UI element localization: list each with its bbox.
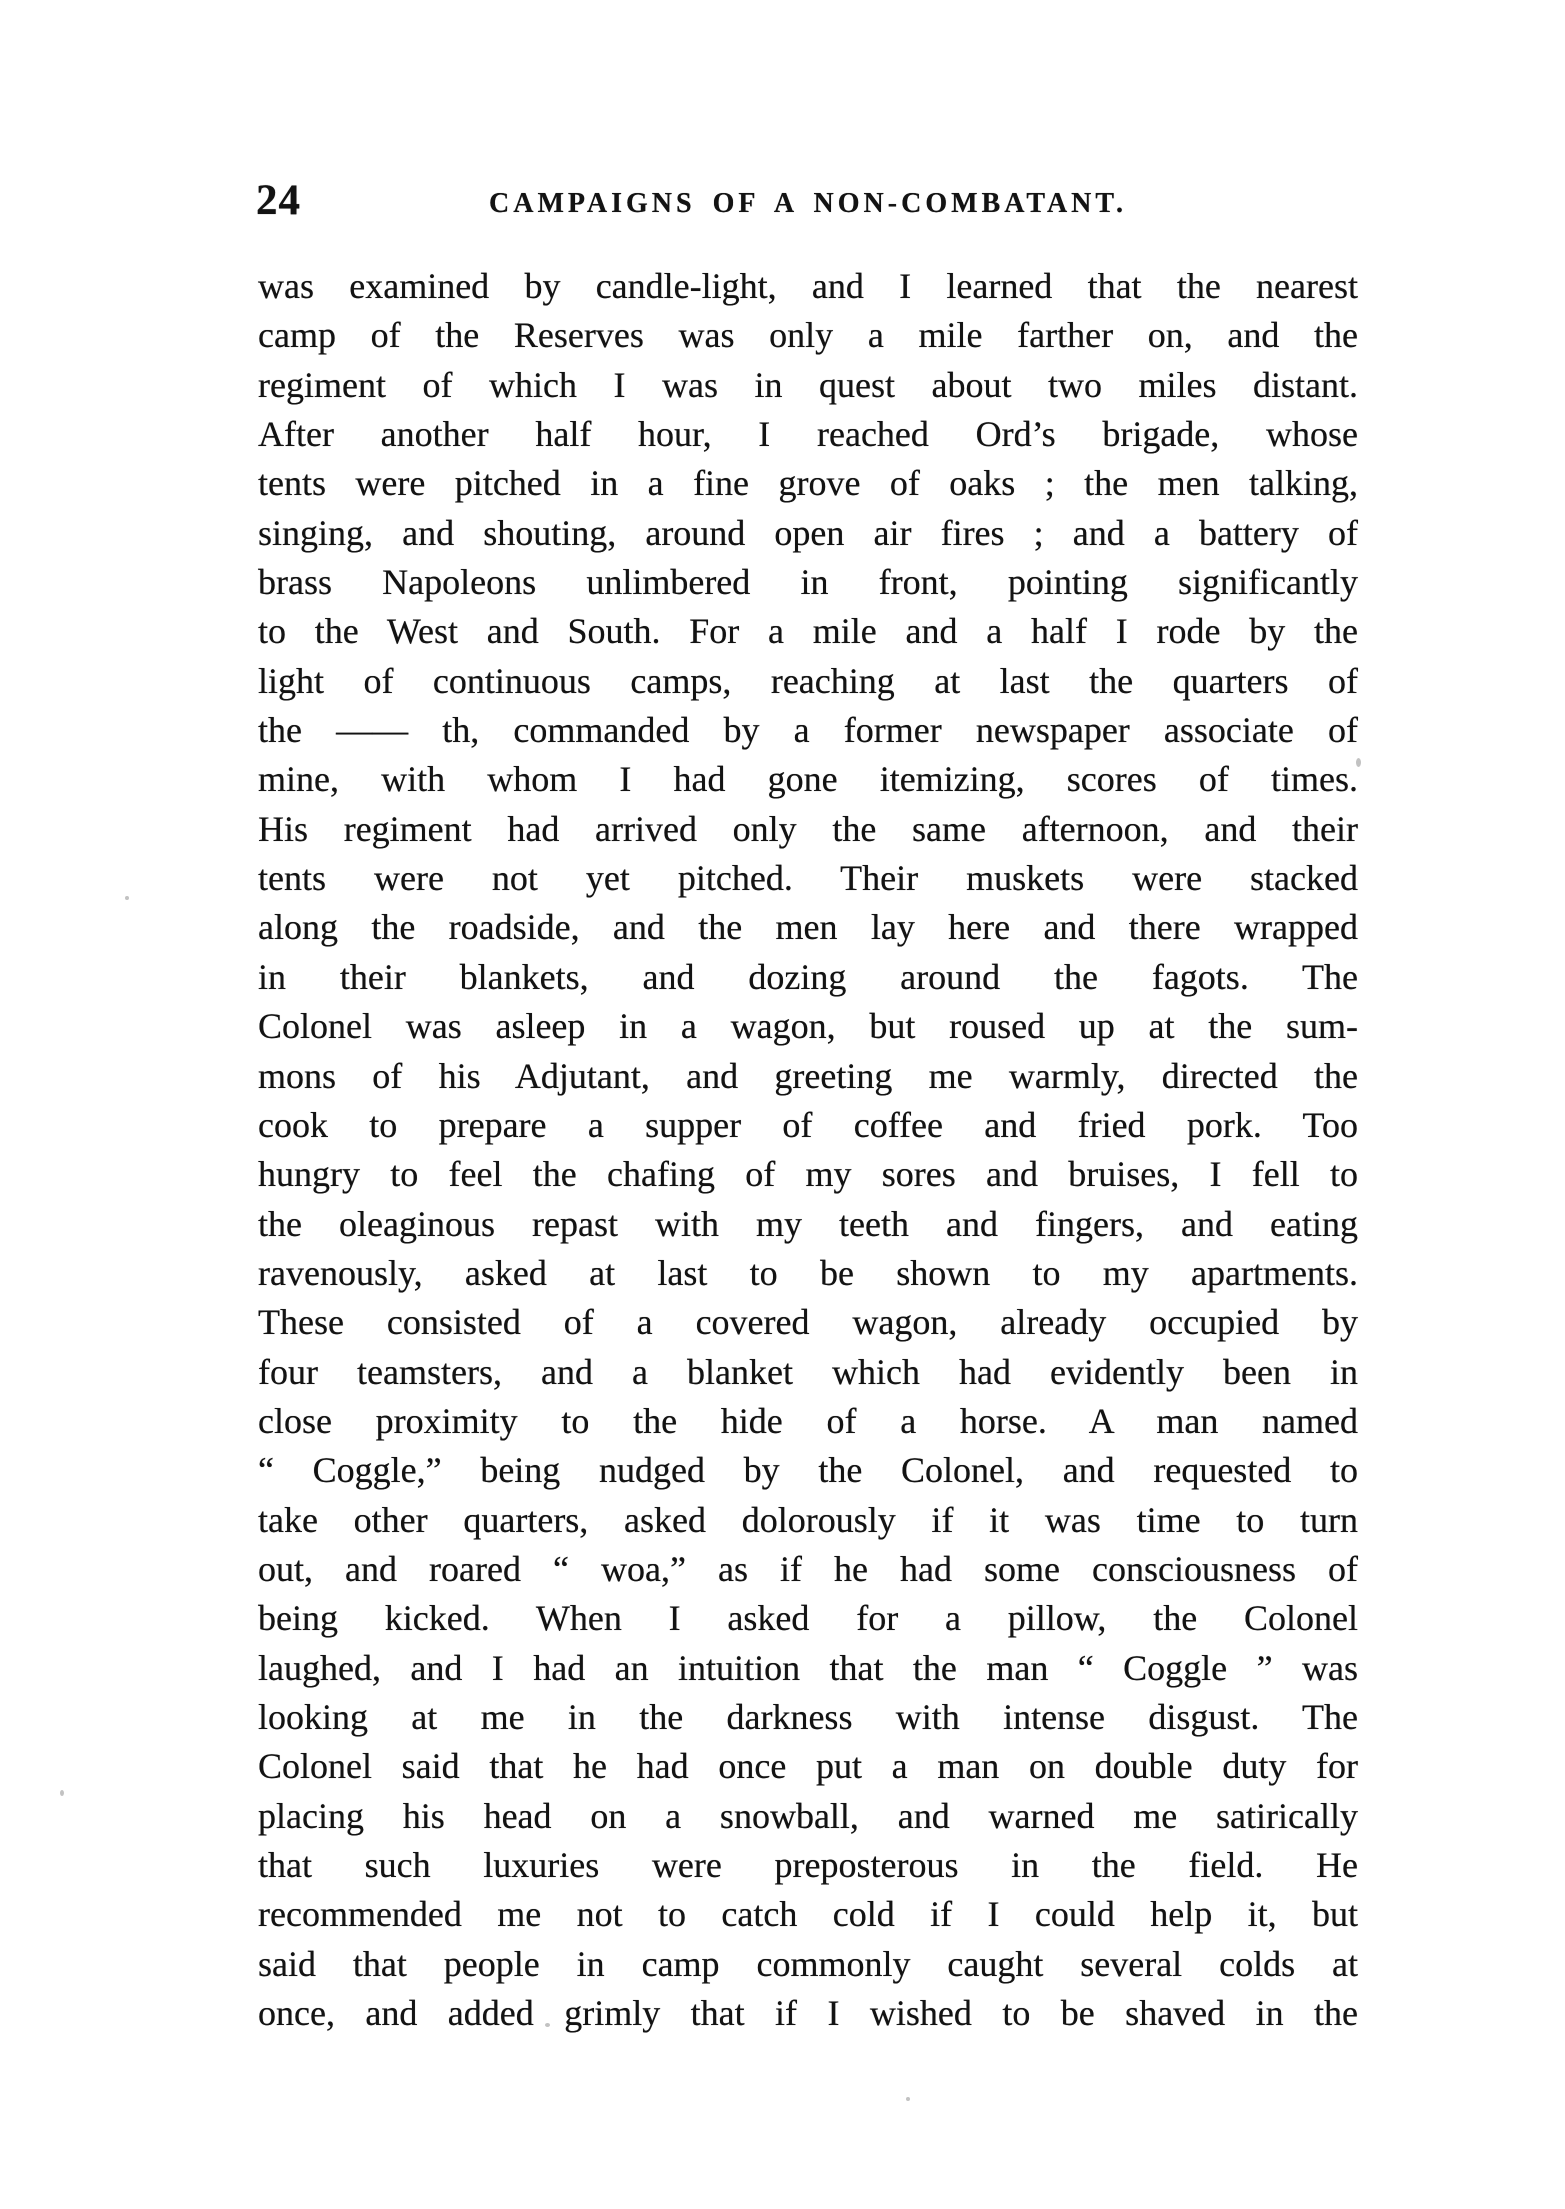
text-line: to the West and South. For a mile and a …: [258, 607, 1358, 656]
text-line: take other quarters, asked dolorously if…: [258, 1496, 1358, 1545]
text-line: cook to prepare a supper of coffee and f…: [258, 1101, 1358, 1150]
text-line: His regiment had arrived only the same a…: [258, 805, 1358, 854]
text-line: camp of the Reserves was only a mile far…: [258, 311, 1358, 360]
text-line: “ Coggle,” being nudged by the Colonel, …: [258, 1446, 1358, 1495]
text-line: mine, with whom I had gone itemizing, sc…: [258, 755, 1358, 804]
text-line: once, and added grimly that if I wished …: [258, 1989, 1358, 2038]
text-line: placing his head on a snowball, and warn…: [258, 1792, 1358, 1841]
text-line: the oleaginous repast with my teeth and …: [258, 1200, 1358, 1249]
scan-speck: [906, 2097, 910, 2101]
scan-speck: [60, 1790, 64, 1796]
text-block: was examined by candle-light, and I lear…: [258, 262, 1358, 2038]
text-line: regiment of which I was in quest about t…: [258, 361, 1358, 410]
text-line: Colonel said that he had once put a man …: [258, 1742, 1358, 1791]
text-line: that such luxuries were preposterous in …: [258, 1841, 1358, 1890]
text-line: light of continuous camps, reaching at l…: [258, 657, 1358, 706]
text-line: tents were not yet pitched. Their musket…: [258, 854, 1358, 903]
text-line: mons of his Adjutant, and greeting me wa…: [258, 1052, 1358, 1101]
text-line: hungry to feel the chafing of my sores a…: [258, 1150, 1358, 1199]
text-line: in their blankets, and dozing around the…: [258, 953, 1358, 1002]
text-line: along the roadside, and the men lay here…: [258, 903, 1358, 952]
text-line: was examined by candle-light, and I lear…: [258, 262, 1358, 311]
text-line: four teamsters, and a blanket which had …: [258, 1348, 1358, 1397]
book-page: 24 CAMPAIGNS OF A NON-COMBATANT. was exa…: [0, 0, 1565, 2209]
scan-speck: [1356, 758, 1361, 767]
text-line: close proximity to the hide of a horse. …: [258, 1397, 1358, 1446]
text-line: said that people in camp commonly caught…: [258, 1940, 1358, 1989]
text-line: singing, and shouting, around open air f…: [258, 509, 1358, 558]
text-line: These consisted of a covered wagon, alre…: [258, 1298, 1358, 1347]
text-line: looking at me in the darkness with inten…: [258, 1693, 1358, 1742]
text-line: recommended me not to catch cold if I co…: [258, 1890, 1358, 1939]
running-title: CAMPAIGNS OF A NON-COMBATANT.: [258, 188, 1358, 220]
text-line: laughed, and I had an intuition that the…: [258, 1644, 1358, 1693]
text-line: the —— th, commanded by a former newspap…: [258, 706, 1358, 755]
text-line: brass Napoleons unlimbered in front, poi…: [258, 558, 1358, 607]
text-line: out, and roared “ woa,” as if he had som…: [258, 1545, 1358, 1594]
text-line: After another half hour, I reached Ord’s…: [258, 410, 1358, 459]
text-line: tents were pitched in a fine grove of oa…: [258, 459, 1358, 508]
text-line: Colonel was asleep in a wagon, but rouse…: [258, 1002, 1358, 1051]
scan-speck: [125, 896, 129, 900]
text-line: being kicked. When I asked for a pillow,…: [258, 1594, 1358, 1643]
scan-speck: [545, 2023, 550, 2027]
text-line: ravenously, asked at last to be shown to…: [258, 1249, 1358, 1298]
